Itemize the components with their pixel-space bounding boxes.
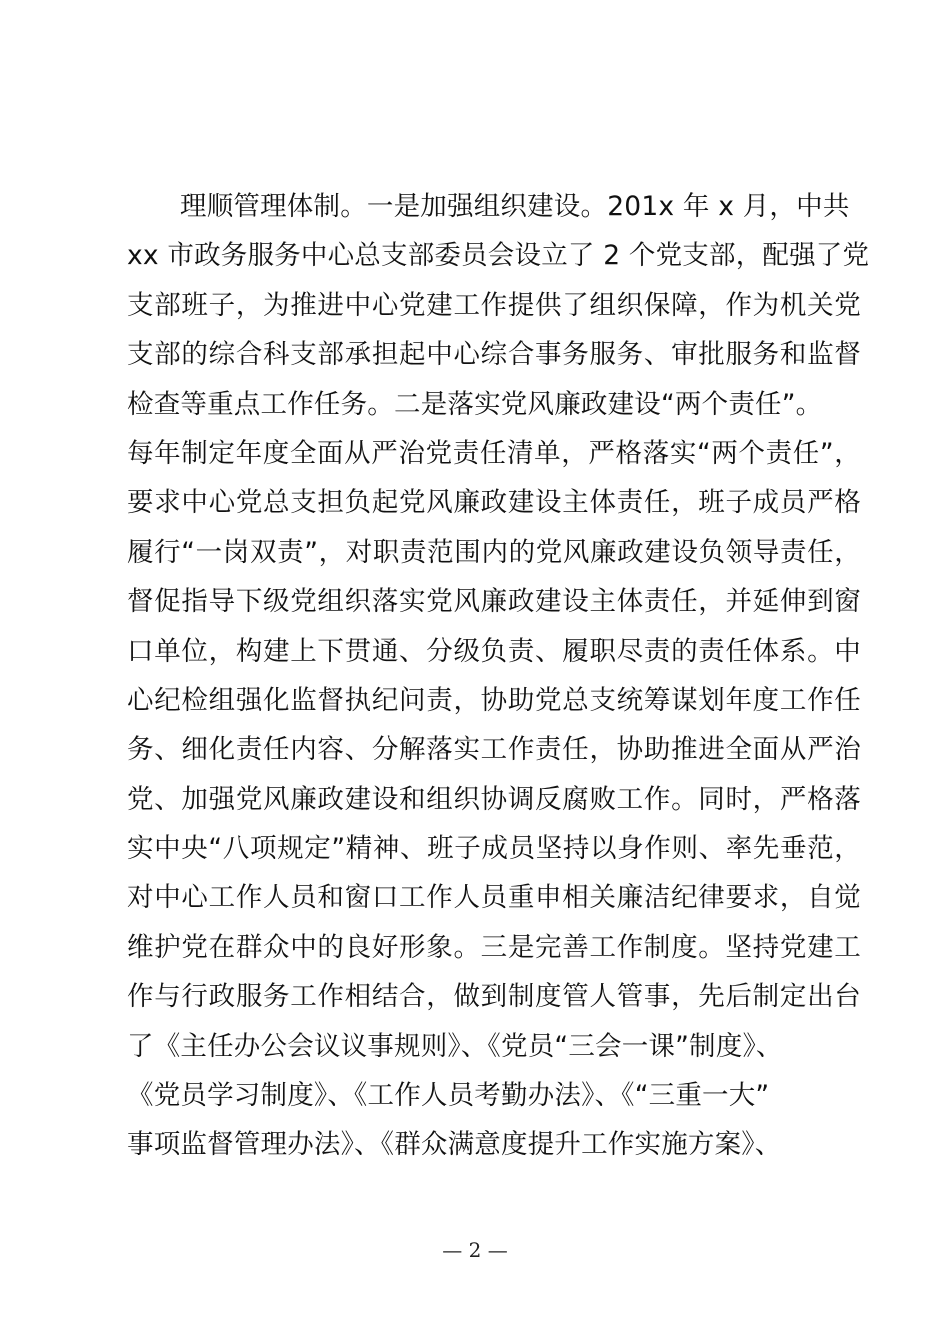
text-line: 每年制定年度全面从严治党责任清单，严格落实“两个责任”， [127,433,861,482]
text-line: 维护党在群众中的良好形象。三是完善工作制度。坚持党建工 [127,927,861,976]
text-line: 履行“一岗双责”，对职责范围内的党风廉政建设负领导责任， [127,532,861,581]
text-line: 要求中心党总支担负起党风廉政建设主体责任，班子成员严格 [127,482,861,531]
text-line: 《党员学习制度》、《工作人员考勤办法》、《“三重一大” [127,1075,861,1124]
text-line: 口单位，构建上下贯通、分级负责、履职尽责的责任体系。中 [127,631,861,680]
text-line: 督促指导下级党组织落实党风廉政建设主体责任，并延伸到窗 [127,581,861,630]
text-line: 党、加强党风廉政建设和组织协调反腐败工作。同时，严格落 [127,779,861,828]
text-line: xx 市政务服务中心总支部委员会设立了 2 个党支部，配强了党 [127,235,861,284]
text-line: 务、细化责任内容、分解落实工作责任，协助推进全面从严治 [127,729,861,778]
page-number: — 2 — [0,1238,950,1262]
text-line: 了《主任办公会议议事规则》、《党员“三会一课”制度》、 [127,1026,861,1075]
text-line: 检查等重点工作任务。二是落实党风廉政建设“两个责任”。 [127,384,861,433]
text-line: 支部班子，为推进中心党建工作提供了组织保障，作为机关党 [127,285,861,334]
text-line: 支部的综合科支部承担起中心综合事务服务、审批服务和监督 [127,334,861,383]
text-line: 理顺管理体制。一是加强组织建设。201x 年 x 月，中共 [127,186,861,235]
text-line: 实中央“八项规定”精神、班子成员坚持以身作则、率先垂范， [127,828,861,877]
text-line: 心纪检组强化监督执纪问责，协助党总支统筹谋划年度工作任 [127,680,861,729]
text-line: 作与行政服务工作相结合，做到制度管人管事，先后制定出台 [127,976,861,1025]
text-line: 对中心工作人员和窗口工作人员重申相关廉洁纪律要求，自觉 [127,877,861,926]
document-body: 理顺管理体制。一是加强组织建设。201x 年 x 月，中共 xx 市政务服务中心… [127,186,861,1174]
text-line: 事项监督管理办法》、《群众满意度提升工作实施方案》、 [127,1124,861,1173]
